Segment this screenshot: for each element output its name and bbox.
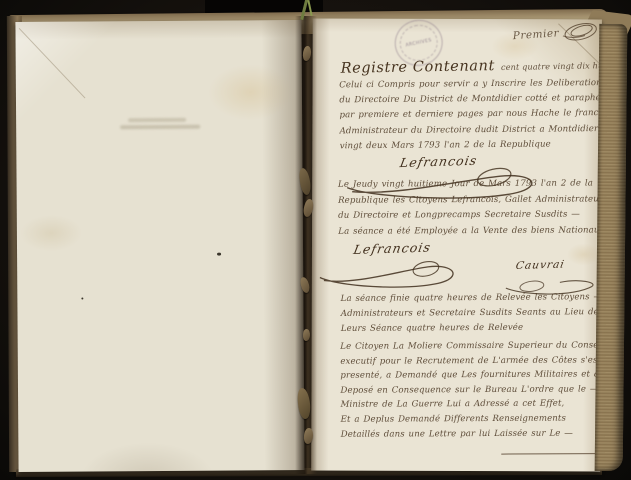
left-page-corner-crease xyxy=(19,28,86,98)
entry-separator-rule xyxy=(501,453,597,455)
manuscript-line: Detaillés dans une Lettre par lui Laissé… xyxy=(341,426,602,442)
manuscript-line: Deposé en Consequence sur le Bureau L'or… xyxy=(340,382,601,398)
folio-annotation: Premier xyxy=(512,19,602,47)
manuscript-line: Ministre de La Guerre Lui a Adressé a ce… xyxy=(341,397,602,413)
manuscript-line: vingt deux Mars 1793 l'an 2 de la Republ… xyxy=(340,137,602,155)
register-title-lead: Registre Contenant xyxy=(341,58,496,77)
manuscript-line: Et a Deplus Demandé Differents Renseigne… xyxy=(341,411,602,427)
opening-attestation-paragraph: Celui ci Compris pour servir a y Inscrir… xyxy=(339,76,602,154)
ink-showthrough xyxy=(120,125,200,130)
signature-cauvrai: Cauvrai xyxy=(515,259,566,273)
ink-showthrough xyxy=(128,118,186,122)
manuscript-line: executif pour le Recrutement de L'armée … xyxy=(340,353,601,369)
manuscript-line: Le Citoyen La Moliere Commissaire Superi… xyxy=(340,338,602,354)
manuscript-scan: ARCHIVES Premier Registre Contenant cent… xyxy=(0,0,631,480)
manuscript-line: Republique les Citoyens Lefrancois, Gall… xyxy=(338,192,602,209)
paper-fleck xyxy=(217,253,221,256)
right-page: ARCHIVES Premier Registre Contenant cent… xyxy=(311,18,602,471)
manuscript-line: Le Jeudy vingt huitieme Jour de Mars 179… xyxy=(338,176,602,193)
left-page xyxy=(15,20,304,472)
register-title-tail: cent quatre vingt dix huit feuillets xyxy=(501,59,602,72)
register-title: Registre Contenant cent quatre vingt dix… xyxy=(341,55,602,76)
archive-stamp-inner-ring xyxy=(396,21,441,64)
session-record-paragraph: Le Jeudy vingt huitieme Jour de Mars 179… xyxy=(338,176,602,239)
commissioner-paragraph: Le Citoyen La Moliere Commissaire Superi… xyxy=(340,338,602,442)
signature-flourish-icon xyxy=(316,257,466,292)
folio-label: Premier xyxy=(512,27,559,42)
paper-fleck xyxy=(81,298,83,300)
manuscript-line: Leurs Séance quatre heures de Relevée xyxy=(341,320,602,337)
session-close-paragraph: La séance finie quatre heures de Relevée… xyxy=(341,290,602,337)
manuscript-line: presenté, a Demandé que Les fournitures … xyxy=(340,368,601,384)
book-fore-edge-pages xyxy=(595,24,628,471)
manuscript-line: La séance a été Employée a la Vente des … xyxy=(338,223,602,240)
paraph-flourish-icon xyxy=(560,19,601,44)
signature-lefrancois-2: Lefrancois xyxy=(352,240,432,257)
manuscript-line: du Directoire et Longprecamps Secretaire… xyxy=(338,207,602,224)
